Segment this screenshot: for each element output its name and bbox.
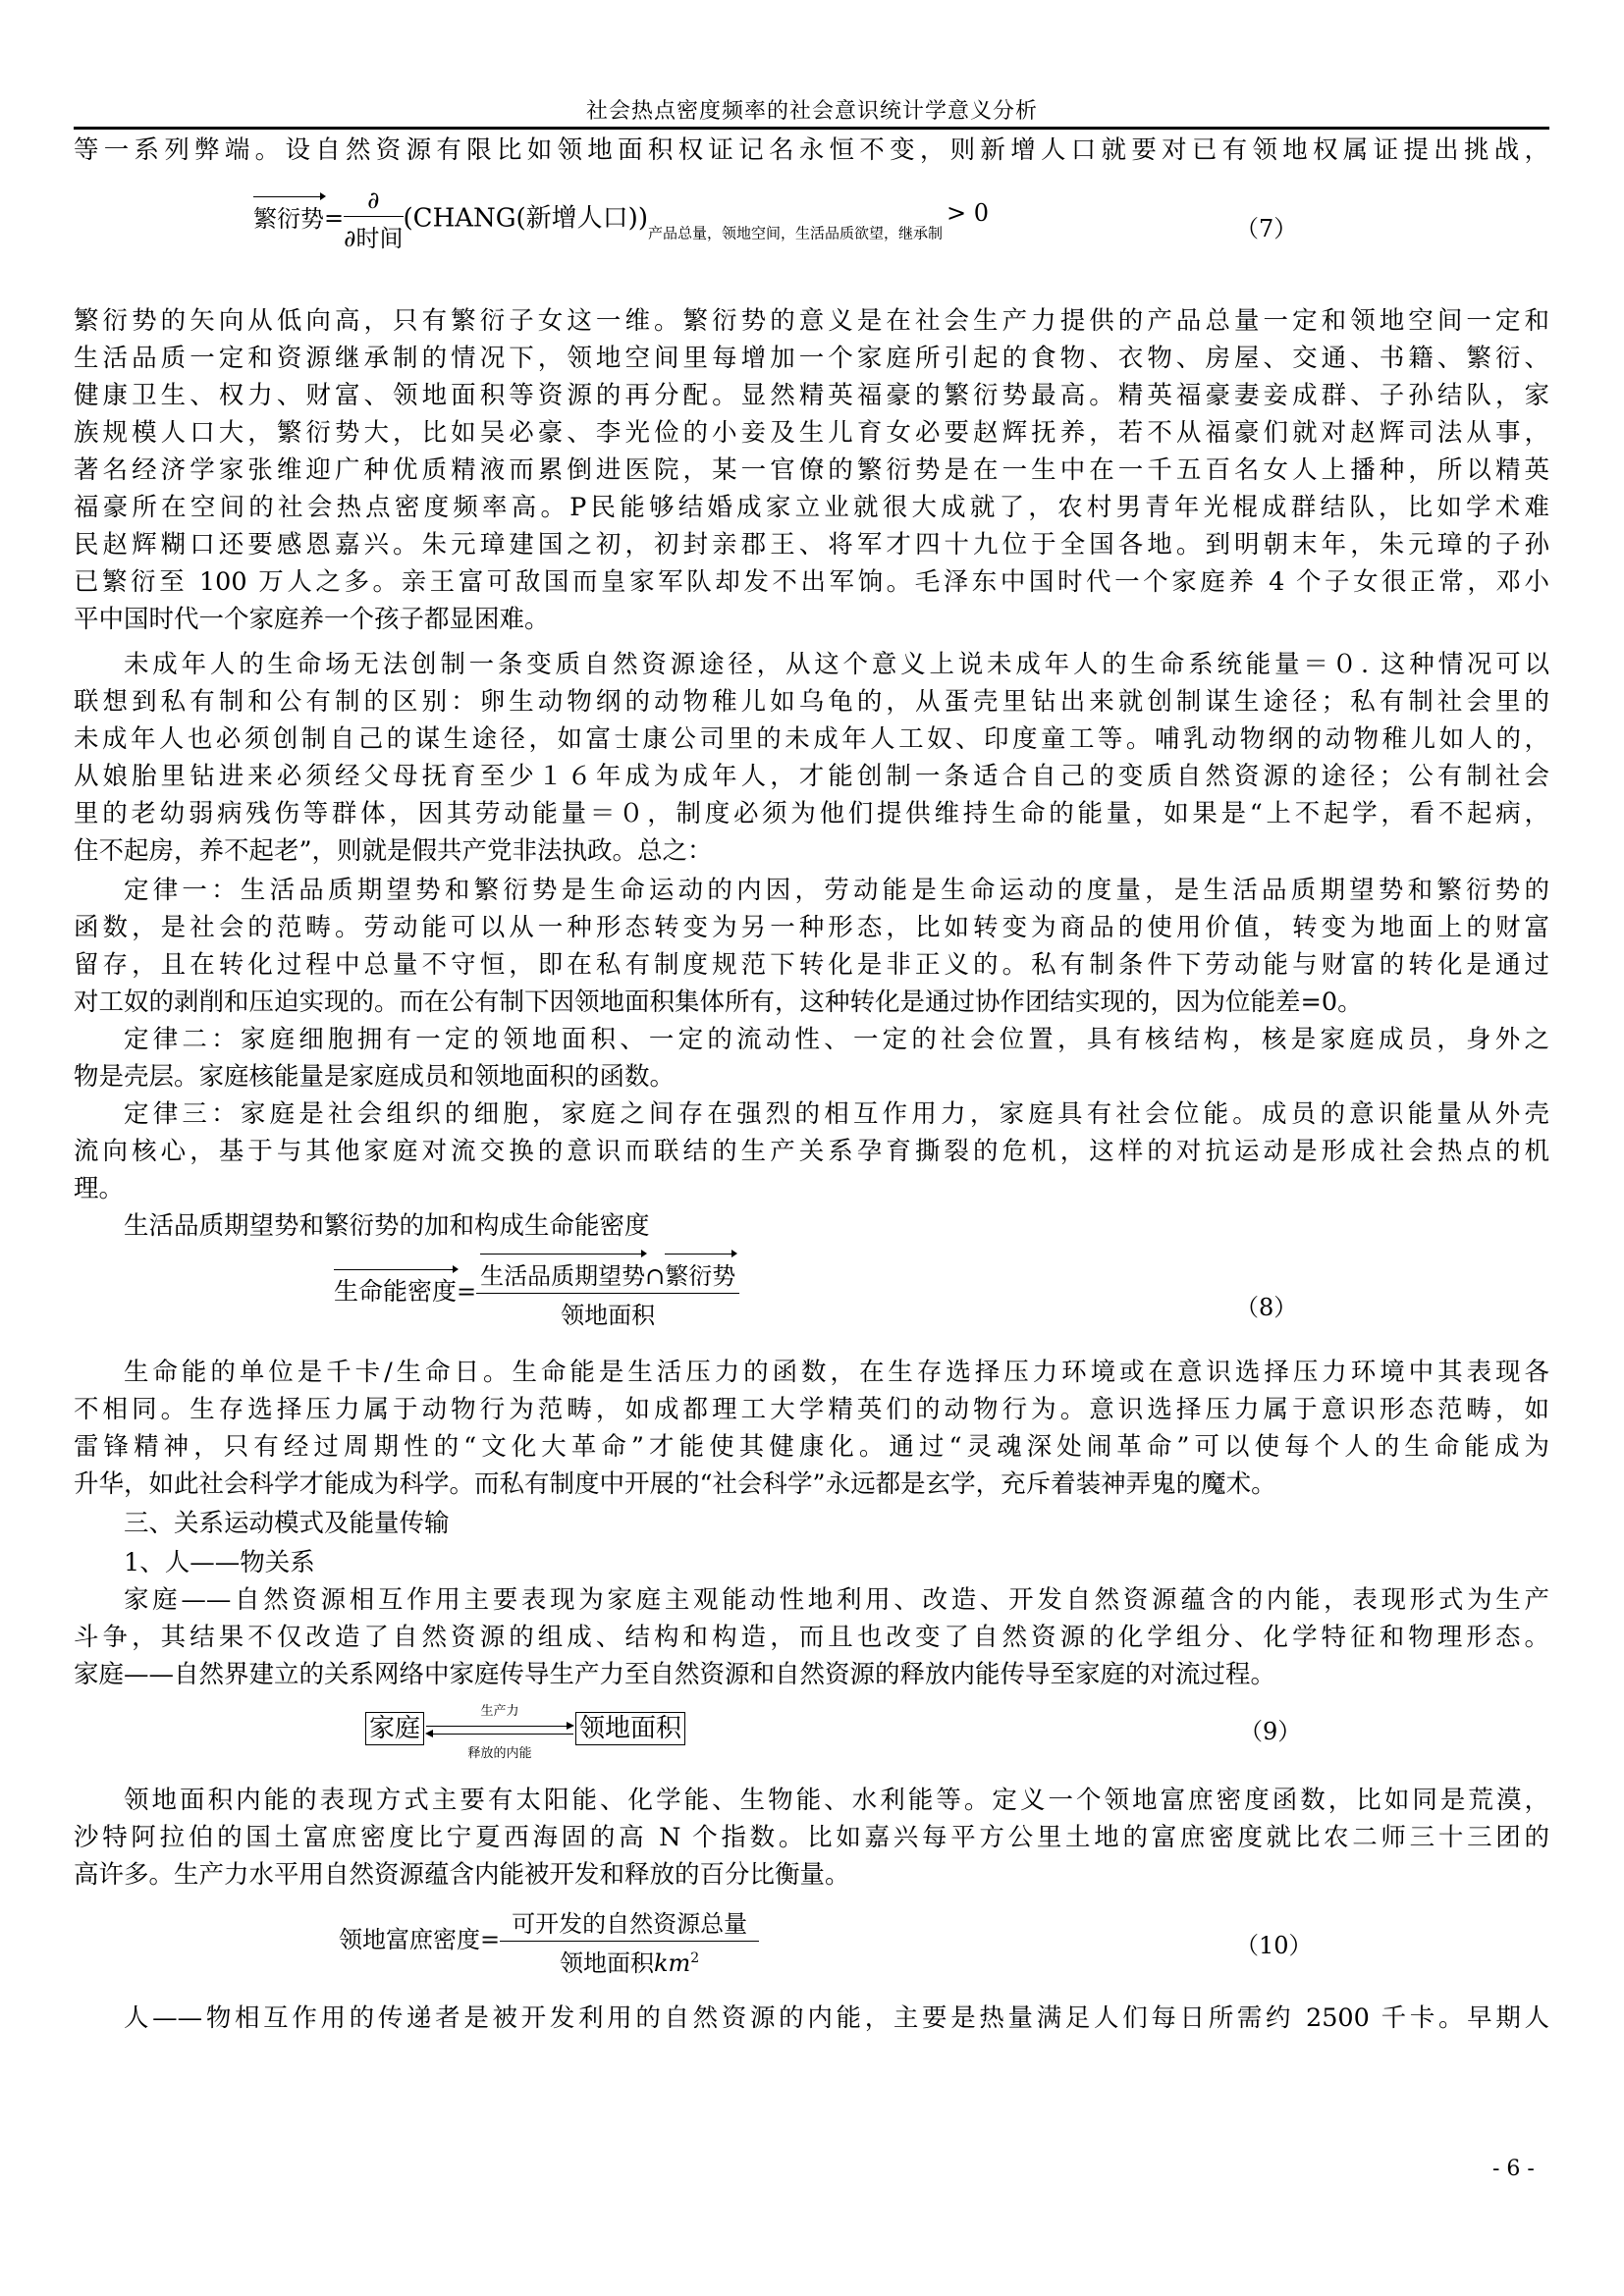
text-line: 著名经济学家张维迎广种优质精液而累倒进医院，某一官僚的繁衍势是在一生中在一千五百… [74, 454, 1549, 486]
eq10-lhs: 领地富庶密度 [339, 1926, 480, 1953]
text-line: 生活品质期望势和繁衍势的加和构成生命能密度 [74, 1210, 1549, 1242]
text-line: 里的老幼弱病残伤等群体，因其劳动能量＝０，制度必须为他们提供维持生命的能量，如果… [74, 798, 1549, 829]
text-line: 健康卫生、权力、财富、领地面积等资源的再分配。显然精英福豪的繁衍势最高。精英福豪… [74, 380, 1549, 411]
text-line: 家庭——自然资源相互作用主要表现为家庭主观能动性地利用、改造、开发自然资源蕴含的… [74, 1584, 1549, 1616]
eq7-equals: = [324, 205, 344, 233]
text-line: 从娘胎里钻进来必须经父母抚育至少１６年成为成年人，才能创制一条适合自己的变质自然… [74, 761, 1549, 792]
eq8-operator: ∩ [645, 1262, 665, 1290]
eq8-numerator-b: 繁衍势 [665, 1256, 735, 1291]
text-line: 人——物相互作用的传递者是被开发利用的自然资源的内能，主要是热量满足人们每日所需… [74, 2002, 1549, 2034]
text-line: 繁衍势的矢向从低向高，只有繁衍子女这一维。繁衍势的意义是在社会生产力提供的产品总… [74, 305, 1549, 337]
text-line: 未成年人的生命场无法创制一条变质自然资源途径，从这个意义上说未成年人的生命系统能… [74, 649, 1549, 680]
text-line: 定律三：家庭是社会组织的细胞，家庭之间存在强烈的相互作用力，家庭具有社会位能。成… [74, 1098, 1549, 1130]
eq10-denominator: 领地面积km2 [500, 1942, 759, 1978]
text-line: 住不起房，养不起老”，则就是假共产党非法执政。总之： [74, 835, 1549, 867]
eq9-right-box: 领地面积 [575, 1712, 685, 1745]
text-line: 物是壳层。家庭核能量是家庭成员和领地面积的函数。 [74, 1061, 1549, 1093]
eq8-numerator-a: 生活品质期望势 [480, 1256, 645, 1291]
text-line: 领地面积内能的表现方式主要有太阳能、化学能、生物能、水利能等。定义一个领地富庶密… [74, 1785, 1549, 1816]
eq7-lhs: 繁衍势 [253, 199, 324, 234]
text-line: 斗争，其结果不仅改造了自然资源的组成、结构和构造，而且也改变了自然资源的化学组分… [74, 1622, 1549, 1653]
text-line: 留存，且在转化过程中总量不守恒，即在私有制度规范下转化是非正义的。私有制条件下劳… [74, 949, 1549, 981]
equation-number-9: （9） [1239, 1712, 1301, 1746]
text-line: 雷锋精神，只有经过周期性的“文化大革命”才能使其健康化。通过“灵魂深处闹革命”可… [74, 1431, 1549, 1463]
text-line: 对工奴的剥削和压迫实现的。而在公有制下因领地面积集体所有，这种转化是通过协作团结… [74, 987, 1549, 1018]
page-number: - 6 - [1492, 2157, 1535, 2181]
eq7-derivative: ∂∂时间 [344, 187, 403, 253]
eq7-body: (CHANG(新增人口)) [404, 204, 648, 234]
text-line: 等一系列弊端。设自然资源有限比如领地面积权证记名永恒不变，则新增人口就要对已有领… [74, 134, 1549, 166]
equation-number-7: （7） [1235, 209, 1297, 243]
text-line: 升华，如此社会科学才能成为科学。而私有制度中开展的“社会科学”永远都是玄学，充斥… [74, 1468, 1549, 1500]
eq10-unit-exponent: 2 [690, 1950, 699, 1966]
equation-9: 家庭生产力释放的内能领地面积 [365, 1708, 685, 1751]
text-line: 福豪所在空间的社会热点密度频率高。P民能够结婚成家立业就很大成就了，农村男青年光… [74, 492, 1549, 523]
eq7-rhs: > 0 [947, 199, 989, 227]
text-line: 沙特阿拉伯的国土富庶密度比宁夏西海固的高 N 个指数。比如嘉兴每平方公里土地的富… [74, 1822, 1549, 1853]
equation-8: 生命能密度=生活品质期望势∩繁衍势领地面积 [334, 1256, 739, 1330]
text-line: 未成年人也必须创制自己的谋生途径，如富士康公司里的未成年人工奴、印度童工等。哺乳… [74, 723, 1549, 755]
text-line: 平中国时代一个家庭养一个孩子都显困难。 [74, 604, 1549, 635]
eq8-denominator: 领地面积 [476, 1294, 739, 1330]
text-line: 高许多。生产力水平用自然资源蕴含内能被开发和释放的百分比衡量。 [74, 1859, 1549, 1891]
left-arrow-icon [432, 1734, 573, 1735]
eq9-arrows: 生产力释放的内能 [426, 1708, 573, 1751]
eq10-numerator: 可开发的自然资源总量 [500, 1904, 759, 1942]
text-line: 流向核心，基于与其他家庭对流交换的意识而联结的生产关系孕育撕裂的危机，这样的对抗… [74, 1136, 1549, 1167]
text-line: 族规模人口大，繁衍势大，比如吴必豪、李光俭的小妾及生儿育女必要赵辉抚养，若不从福… [74, 417, 1549, 449]
text-line: 生命能的单位是千卡/生命日。生命能是生活压力的函数，在生存选择压力环境或在意识选… [74, 1357, 1549, 1388]
eq8-fraction: 生活品质期望势∩繁衍势领地面积 [476, 1256, 739, 1330]
eq8-equals: = [457, 1278, 476, 1306]
eq10-denominator-text: 领地面积 [560, 1949, 654, 1977]
document-page: 社会热点密度频率的社会意识统计学意义分析 等一系列弊端。设自然资源有限比如领地面… [0, 0, 1624, 2296]
eq8-numerator: 生活品质期望势∩繁衍势 [476, 1256, 739, 1294]
text-line: 已繁衍至 100 万人之多。亲王富可敌国而皇家军队却发不出军饷。毛泽东中国时代一… [74, 566, 1549, 598]
text-line: 民赵辉糊口还要感恩嘉兴。朱元璋建国之初，初封亲郡王、将军才四十九位于全国各地。到… [74, 529, 1549, 561]
eq10-fraction: 可开发的自然资源总量领地面积km2 [500, 1904, 759, 1978]
subsection-heading: 1、人——物关系 [74, 1547, 1549, 1578]
eq7-numerator: ∂ [344, 187, 403, 217]
equation-number-10: （10） [1235, 1926, 1313, 1960]
text-line: 理。 [74, 1173, 1549, 1204]
eq9-left-box: 家庭 [365, 1712, 424, 1745]
text-line: 函数，是社会的范畴。劳动能可以从一种形态转变为另一种形态，比如转变为商品的使用价… [74, 912, 1549, 943]
eq9-arrow-bottom-label: 释放的内能 [426, 1742, 573, 1761]
eq9-arrow-top-label: 生产力 [426, 1700, 573, 1719]
text-line: 定律一：生活品质期望势和繁衍势是生命运动的内因，劳动能是生命运动的度量，是生活品… [74, 875, 1549, 906]
text-line: 联想到私有制和公有制的区别：卵生动物纲的动物稚儿如乌龟的，从蛋壳里钻出来就创制谋… [74, 686, 1549, 718]
equation-7: 繁衍势=∂∂时间(CHANG(新增人口))产品总量，领地空间，生活品质欲望，继承… [253, 187, 989, 253]
eq7-denominator: ∂时间 [344, 217, 403, 253]
eq10-unit: km [654, 1949, 690, 1977]
text-line: 生活品质一定和资源继承制的情况下，领地空间里每增加一个家庭所引起的食物、衣物、房… [74, 343, 1549, 374]
text-line: 家庭——自然界建立的关系网络中家庭传导生产力至自然资源和自然资源的释放内能传导至… [74, 1659, 1549, 1690]
header-rule [74, 127, 1549, 130]
right-arrow-icon [426, 1726, 568, 1727]
running-header-title: 社会热点密度频率的社会意识统计学意义分析 [0, 94, 1624, 125]
eq8-lhs: 生命能密度 [334, 1272, 457, 1308]
section-heading: 三、关系运动模式及能量传输 [74, 1508, 1549, 1539]
eq7-subscript: 产品总量，领地空间，生活品质欲望，继承制 [648, 225, 943, 242]
text-line: 定律二：家庭细胞拥有一定的领地面积、一定的流动性、一定的社会位置，具有核结构，核… [74, 1024, 1549, 1055]
equation-number-8: （8） [1235, 1288, 1297, 1322]
eq10-equals: = [480, 1926, 500, 1953]
text-line: 不相同。生存选择压力属于动物行为范畴，如成都理工大学精英们的动物行为。意识选择压… [74, 1394, 1549, 1425]
equation-10: 领地富庶密度=可开发的自然资源总量领地面积km2 [339, 1904, 759, 1978]
